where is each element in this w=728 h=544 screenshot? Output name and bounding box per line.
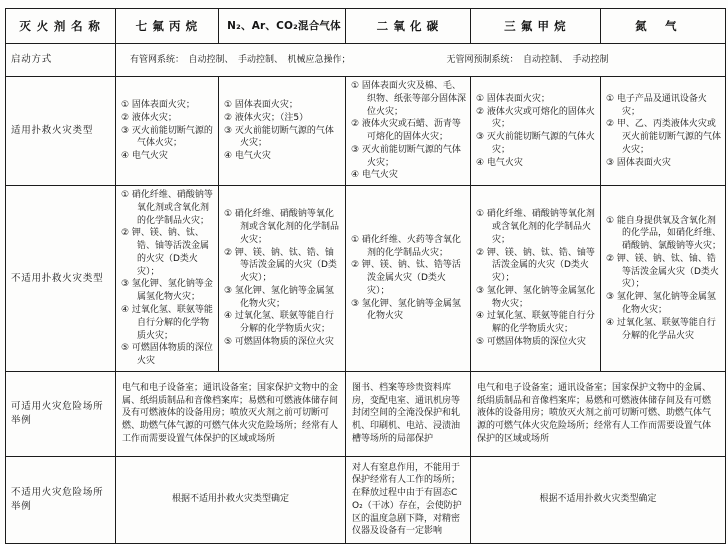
table-row-applicable-fire-types: 适用扑救火灾类型 ① 固体表面火灾；② 液体火灾；③ 灭火前能切断气源的气体火灾… [6,77,726,186]
cell-applicable-n2: ① 电子产品及通讯设备火灾；② 甲、乙、丙类液体火灾或灭火前能切断气源的气体火灾… [601,77,726,186]
cell-not-applicable-places-co2: 对人有窒息作用，不能用于保护经常有人工作的场所；在释放过程中由于有固态CO₂（干… [346,456,471,543]
cell-applicable-places-co2: 图书、档案等珍贵资料库房，变配电室、通讯机房等封闭空间的全淹没保护和轧机、印刷机… [346,371,471,456]
cell-not-applicable-places-hfc23-n2: 根据不适用扑救火灾类型确定 [471,456,726,543]
table-row-header: 灭火剂名称 七氟丙烷 N₂、Ar、CO₂混合气体 二氧化碳 三氟甲烷 氮气 [6,9,726,44]
row-label-not-applicable-places: 不适用火灾危险场所举例 [6,456,116,543]
cell-applicable-hfc227ea: ① 固体表面火灾；② 液体火灾；③ 灭火前能切断气源的气体火灾；④ 电气火灾 [116,77,219,186]
row-label-not-applicable-fire-types: 不适用扑救火灾类型 [6,186,116,372]
header-agent-hfc227ea: 七氟丙烷 [116,9,219,44]
row-label-start-mode: 启动方式 [6,44,116,77]
header-agent-name-label: 灭火剂名称 [6,9,116,44]
header-agent-hfc23: 三氟甲烷 [471,9,601,44]
cell-start-mode-all-agents: 有管网系统： 自动控制、 手动控制、 机械应急操作； 无管网预制系统： 自动控制… [116,44,726,77]
table-row-applicable-places: 可适用火灾危险场所举例 电气和电子设备室；通讯设备室；国家保护文物中的金属、纸绢… [6,371,726,456]
cell-applicable-places-hfc227ea-ig541: 电气和电子设备室；通讯设备室；国家保护文物中的金属、纸绢质制品和音像档案库；易燃… [116,371,346,456]
cell-not-applicable-ig541: ① 硝化纤维、硝酸钠等氧化剂或含氧化剂的化学制品火灾；② 钾、镁、钠、钛、锆、铀… [219,186,346,372]
cell-not-applicable-places-hfc227ea-ig541: 根据不适用扑救火灾类型确定 [116,456,346,543]
cell-not-applicable-hfc227ea: ① 硝化纤维、硝酸钠等氧化剂或含氧化剂的化学制品火灾；② 钾、镁、钠、钛、锆、铀… [116,186,219,372]
table-row-not-applicable-fire-types: 不适用扑救火灾类型 ① 硝化纤维、硝酸钠等氧化剂或含氧化剂的化学制品火灾；② 钾… [6,186,726,372]
cell-applicable-co2: ① 固体表面火灾及棉、毛、织物、纸张等部分固体深位火灾；② 液体火灾或石蜡、沥青… [346,77,471,186]
table-row-start-mode: 启动方式 有管网系统： 自动控制、 手动控制、 机械应急操作； 无管网预制系统：… [6,44,726,77]
header-agent-ig541-mixture: N₂、Ar、CO₂混合气体 [219,9,346,44]
header-agent-co2: 二氧化碳 [346,9,471,44]
cell-not-applicable-co2: ① 硝化纤维、火药等含氧化剂的化学制品火灾；② 钾、镁、钠、钛、锆等活泼金属火灾… [346,186,471,372]
row-label-applicable-places: 可适用火灾危险场所举例 [6,371,116,456]
start-mode-text: 有管网系统： 自动控制、 手动控制、 机械应急操作； 无管网预制系统： 自动控制… [130,54,725,67]
start-mode-piped-system: 有管网系统： 自动控制、 手动控制、 机械应急操作； [130,54,351,67]
cell-applicable-ig541: ① 固体表面火灾；② 液体火灾；（注5）③ 灭火前能切断气源的气体火灾；④ 电气… [219,77,346,186]
cell-applicable-hfc23: ① 固体表面火灾；② 液体火灾或可熔化的固体火灾；③ 灭火前能切断气源的气体火灾… [471,77,601,186]
start-mode-prefab-system: 无管网预制系统： 自动控制、 手动控制 [447,54,609,67]
header-agent-n2: 氮气 [601,9,726,44]
cell-not-applicable-n2: ① 能自身提供氧及含氧化剂的化学品，如硝化纤维、硝酸钠、氯酸钠等火灾；② 钾、镁… [601,186,726,372]
extinguishing-agents-comparison-table: 灭火剂名称 七氟丙烷 N₂、Ar、CO₂混合气体 二氧化碳 三氟甲烷 氮气 启动… [5,8,726,544]
row-label-applicable-fire-types: 适用扑救火灾类型 [6,77,116,186]
table-row-not-applicable-places: 不适用火灾危险场所举例 根据不适用扑救火灾类型确定 对人有窒息作用，不能用于保护… [6,456,726,543]
cell-applicable-places-hfc23-n2: 电气和电子设备室；通讯设备室；国家保护文物中的金属、纸绢质制品和音像档案库；易燃… [471,371,726,456]
cell-not-applicable-hfc23: ① 硝化纤维、硝酸钠等氧化剂或含氧化剂的化学制品火灾；② 钾、镁、钠、钛、锆、铀… [471,186,601,372]
